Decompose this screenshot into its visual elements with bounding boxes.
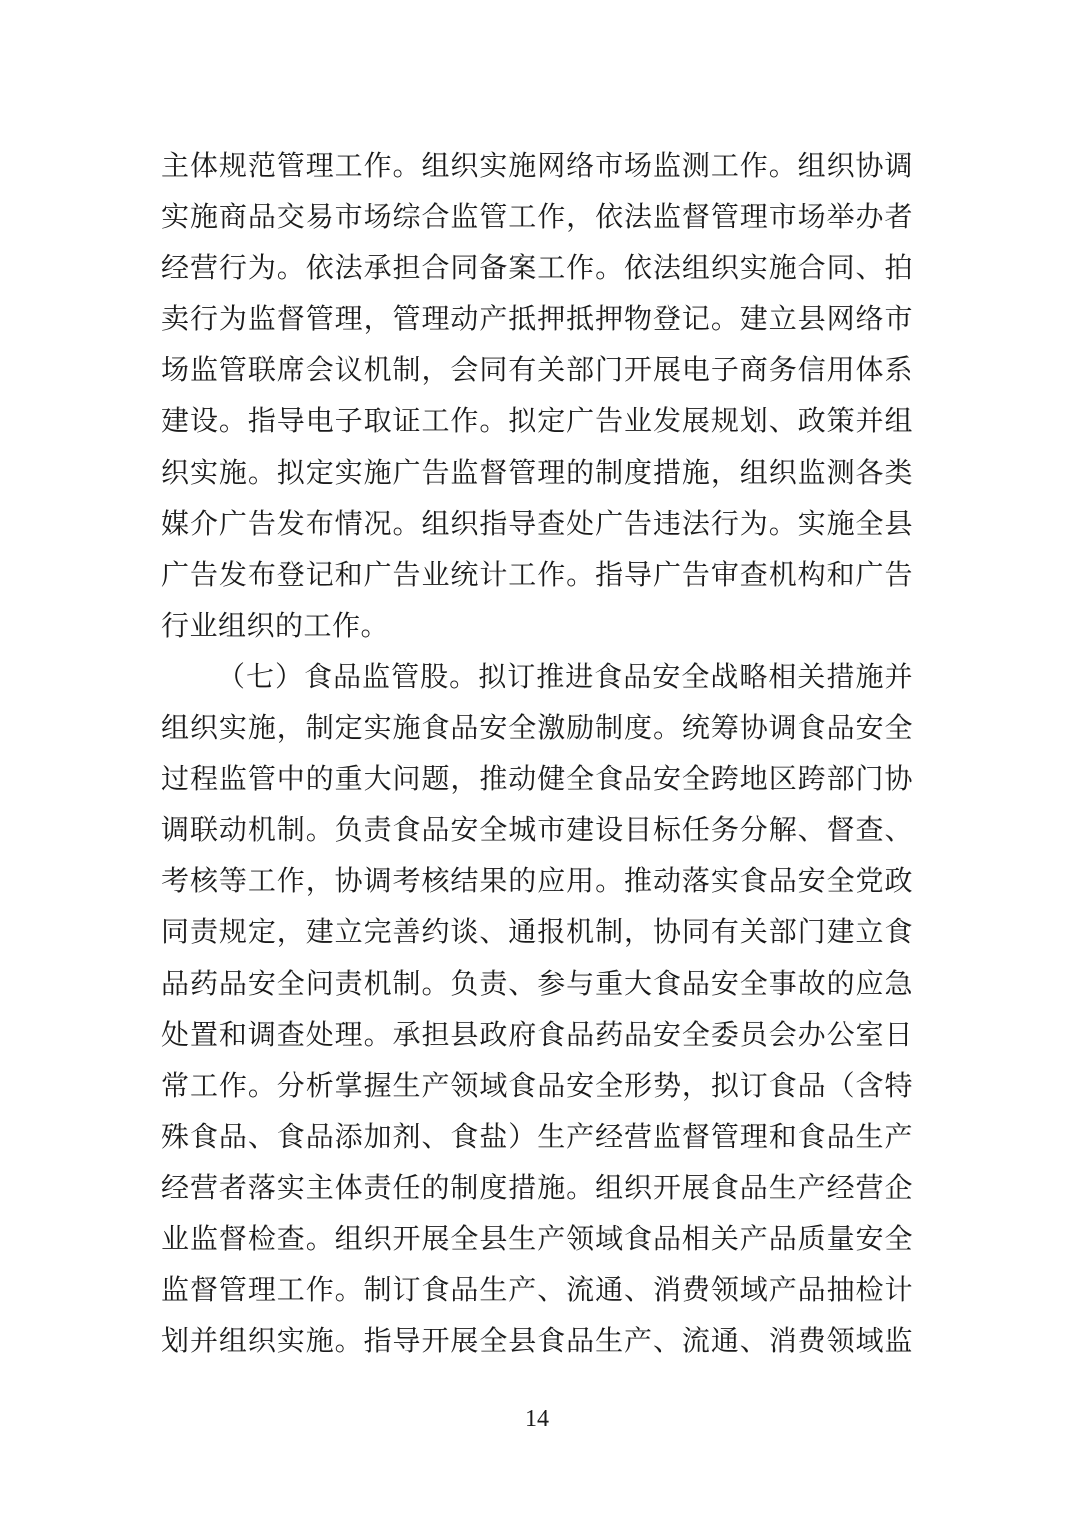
text-line: 同责规定，建立完善约谈、通报机制，协同有关部门建立食 bbox=[161, 907, 913, 958]
text-line: 卖行为监督管理，管理动产抵押抵押物登记。建立县网络市 bbox=[161, 294, 913, 345]
page-number: 14 bbox=[0, 1404, 1074, 1434]
text-line: 组织实施，制定实施食品安全激励制度。统筹协调食品安全 bbox=[161, 703, 913, 754]
text-line: 常工作。分析掌握生产领域食品安全形势，拟订食品（含特 bbox=[161, 1061, 913, 1112]
text-line: 建设。指导电子取证工作。拟定广告业发展规划、政策并组 bbox=[161, 396, 913, 447]
text-line-paragraph-start: （七）食品监管股。拟订推进食品安全战略相关措施并 bbox=[161, 652, 913, 703]
text-line: 品药品安全问责机制。负责、参与重大食品安全事故的应急 bbox=[161, 959, 913, 1010]
text-line: 划并组织实施。指导开展全县食品生产、流通、消费领域监 bbox=[161, 1316, 913, 1367]
text-line: 媒介广告发布情况。组织指导查处广告违法行为。实施全县 bbox=[161, 499, 913, 550]
text-line: 广告发布登记和广告业统计工作。指导广告审查机构和广告 bbox=[161, 550, 913, 601]
text-line: 殊食品、食品添加剂、食盐）生产经营监督管理和食品生产 bbox=[161, 1112, 913, 1163]
text-line: 主体规范管理工作。组织实施网络市场监测工作。组织协调 bbox=[161, 141, 913, 192]
text-line: 调联动机制。负责食品安全城市建设目标任务分解、督查、 bbox=[161, 805, 913, 856]
text-line: 场监管联席会议机制，会同有关部门开展电子商务信用体系 bbox=[161, 345, 913, 396]
text-line: 业监督检查。组织开展全县生产领域食品相关产品质量安全 bbox=[161, 1214, 913, 1265]
text-line: 处置和调查处理。承担县政府食品药品安全委员会办公室日 bbox=[161, 1010, 913, 1061]
text-line: 织实施。拟定实施广告监督管理的制度措施，组织监测各类 bbox=[161, 448, 913, 499]
text-line: 实施商品交易市场综合监管工作，依法监督管理市场举办者 bbox=[161, 192, 913, 243]
text-line: 考核等工作，协调考核结果的应用。推动落实食品安全党政 bbox=[161, 856, 913, 907]
text-line-paragraph-end: 行业组织的工作。 bbox=[161, 601, 913, 652]
body-text: 主体规范管理工作。组织实施网络市场监测工作。组织协调 实施商品交易市场综合监管工… bbox=[161, 141, 913, 1367]
text-line: 监督管理工作。制订食品生产、流通、消费领域产品抽检计 bbox=[161, 1265, 913, 1316]
document-page: 主体规范管理工作。组织实施网络市场监测工作。组织协调 实施商品交易市场综合监管工… bbox=[0, 0, 1074, 1520]
text-line: 经营行为。依法承担合同备案工作。依法组织实施合同、拍 bbox=[161, 243, 913, 294]
text-line: 经营者落实主体责任的制度措施。组织开展食品生产经营企 bbox=[161, 1163, 913, 1214]
text-line: 过程监管中的重大问题，推动健全食品安全跨地区跨部门协 bbox=[161, 754, 913, 805]
